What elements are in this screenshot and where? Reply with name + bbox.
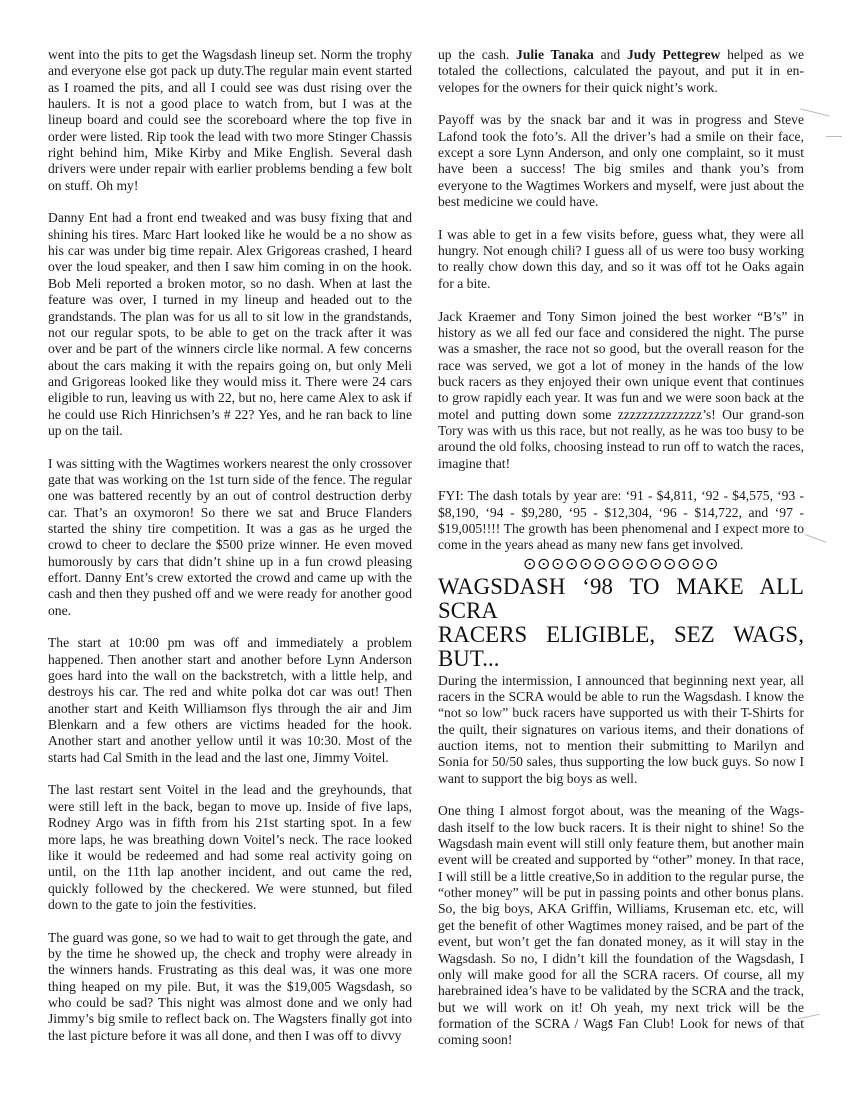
scan-artifact-mark: [805, 534, 826, 542]
headline-line-2: RACERS ELIGIBLE, SEZ WAGS, BUT...: [438, 623, 804, 671]
name-judy-pettegrew: Judy Pettegrew: [627, 47, 720, 62]
paragraph-worker-bs: Jack Kraemer and Tony Simon joined the b…: [438, 309, 804, 472]
scan-artifact-mark: [800, 108, 829, 116]
scan-artifact-dot: [609, 1020, 612, 1022]
name-julie-tanaka: Julie Tanaka: [516, 47, 594, 62]
paragraph-payoff: Payoff was by the snack bar and it was i…: [438, 112, 804, 210]
paragraph-wagsdash-meaning: One thing I almost forgot about, was the…: [438, 803, 804, 1048]
paragraph-pits-lineup: went into the pits to get the Wagsdash l…: [48, 47, 412, 194]
left-column: went into the pits to get the Wagsdash l…: [48, 47, 412, 1044]
paragraph-gate-wait: The guard was gone, so we had to wait to…: [48, 930, 412, 1044]
text-run: and: [594, 47, 627, 62]
paragraph-shiny-tire-competition: I was sitting with the Wagtimes workers …: [48, 456, 412, 619]
right-column: up the cash. Julie Tanaka and Judy Pette…: [438, 47, 804, 1049]
paragraph-dash-totals: FYI: The dash totals by year are: ‘91 - …: [438, 488, 804, 553]
text-run: up the cash.: [438, 47, 516, 62]
paragraph-last-restart: The last restart sent Voitel in the lead…: [48, 782, 412, 913]
scan-artifact-mark: [826, 136, 842, 137]
ornament-divider: ⊙⊙⊙⊙⊙⊙⊙⊙⊙⊙⊙⊙⊙⊙: [438, 554, 804, 573]
paragraph-repairs-grandstands: Danny Ent had a front end tweaked and wa…: [48, 210, 412, 439]
paragraph-cash-collection: up the cash. Julie Tanaka and Judy Pette…: [438, 47, 804, 96]
paragraph-race-start: The start at 10:00 pm was off and immedi…: [48, 635, 412, 766]
article-headline: WAGSDASH ‘98 TO MAKE ALL SCRA RACERS ELI…: [438, 575, 804, 671]
headline-line-1: WAGSDASH ‘98 TO MAKE ALL SCRA: [438, 575, 804, 623]
paragraph-intermission-announcement: During the intermission, I announced tha…: [438, 673, 804, 787]
newsletter-page: went into the pits to get the Wagsdash l…: [0, 0, 850, 1100]
paragraph-visits-hungry: I was able to get in a few visits before…: [438, 227, 804, 292]
